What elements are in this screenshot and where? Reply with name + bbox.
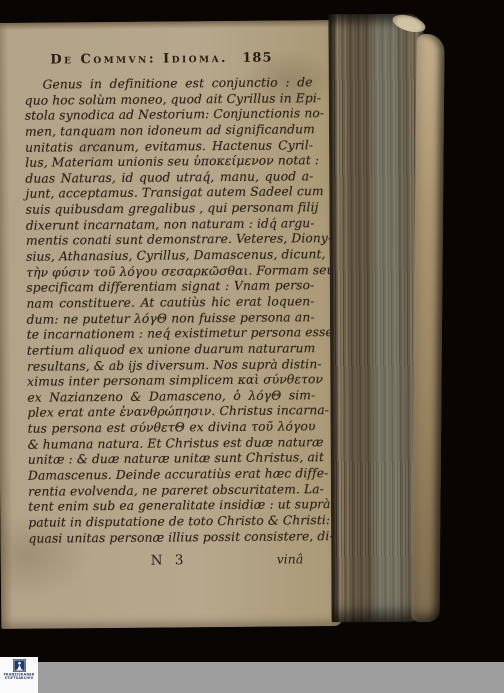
page-number: 185 (242, 51, 272, 66)
library-watermark-text: FRANZISKANER STIFTSARCHIV (0, 673, 38, 680)
scan-footer-strip (0, 662, 504, 693)
text-line: tertium aliquod ex unione duarum naturar… (27, 341, 315, 359)
book-cover-edge (411, 34, 444, 622)
book-page: De Commvn: Idioma. 185 Genus in definiti… (0, 20, 342, 629)
running-head: De Commvn: Idioma. (50, 51, 228, 68)
text-line: men, tanquam non idoneum ad significandu… (25, 122, 313, 140)
gathering-signature: N 3 (151, 552, 188, 568)
catchword: vinâ (277, 551, 304, 566)
text-line: quasi unitas personæ illius possit consi… (28, 529, 316, 547)
watermark-line2: STIFTSARCHIV (0, 677, 38, 681)
text-block: Genus in definitione est conjunctio : de… (24, 75, 316, 547)
signature-row: N 3 vinâ (29, 551, 317, 572)
library-watermark: FRANZISKANER STIFTSARCHIV (0, 657, 38, 693)
library-emblem-icon (13, 659, 26, 672)
